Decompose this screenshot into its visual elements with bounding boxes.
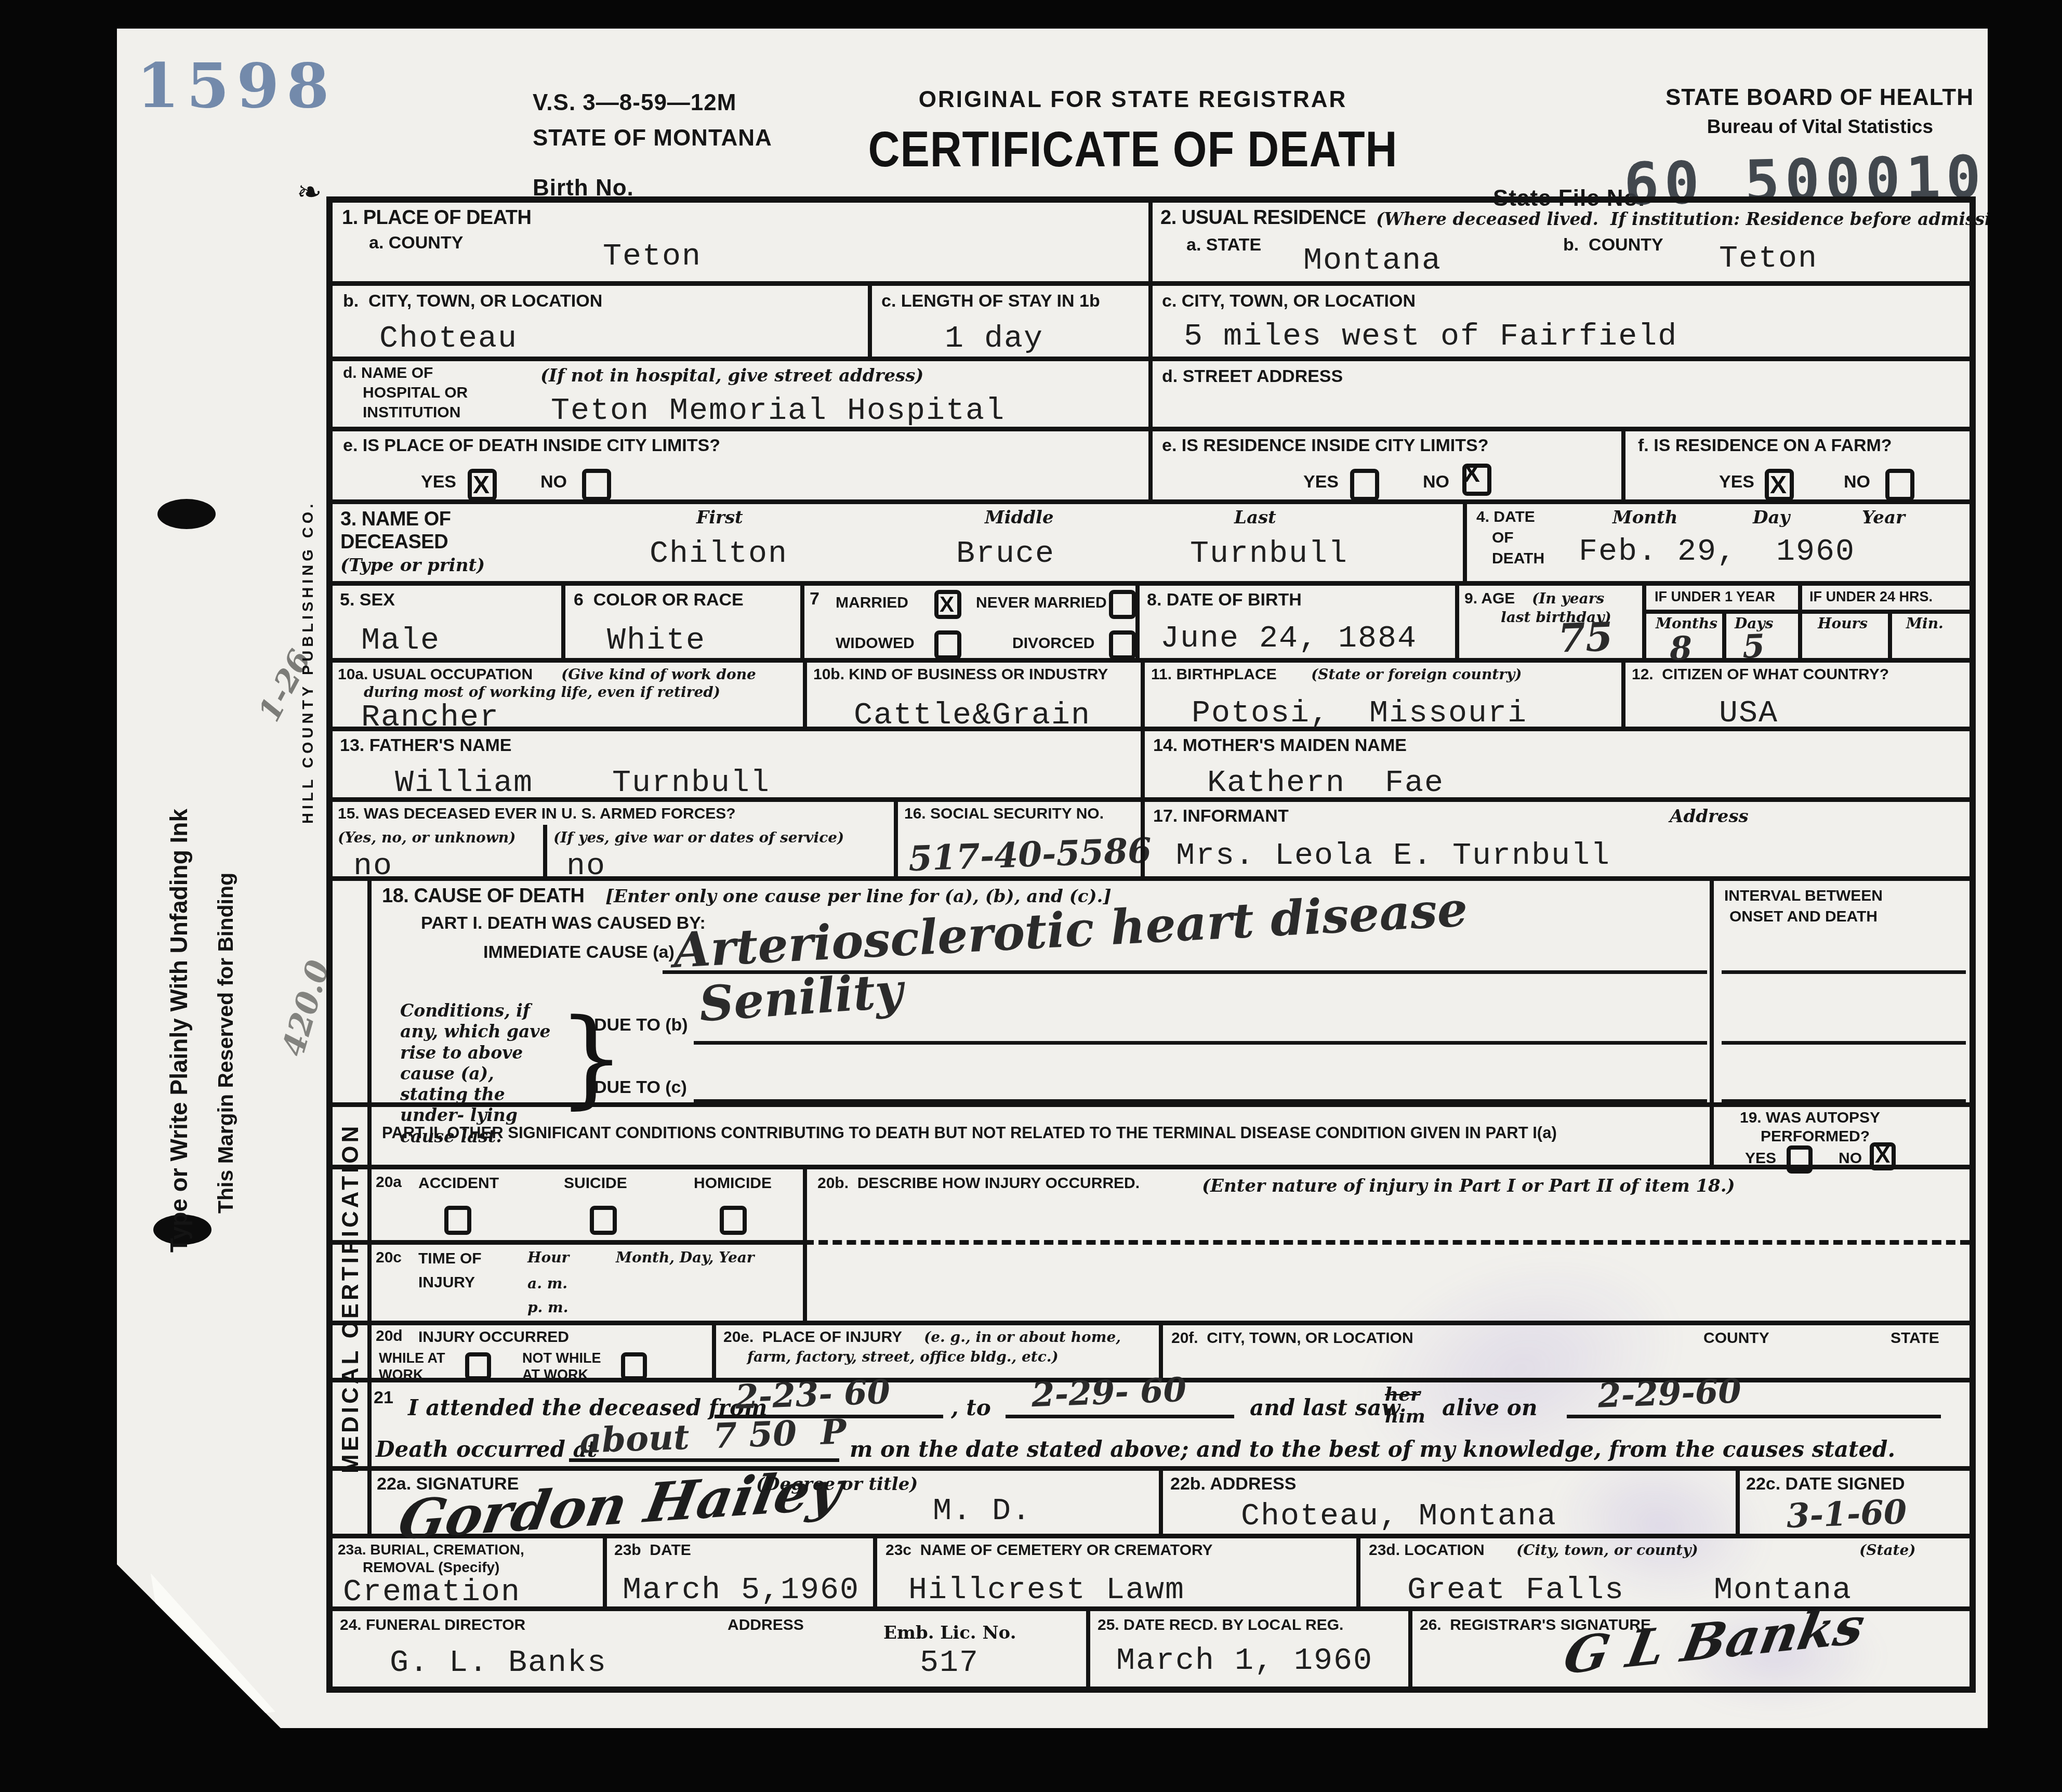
residence-city-value[interactable]: 5 miles west of Fairfield bbox=[1184, 319, 1677, 354]
informant-value[interactable]: Mrs. Leola E. Turnbull bbox=[1176, 838, 1610, 874]
year-col-label: Year bbox=[1862, 507, 1905, 528]
residence-city-label: c. CITY, TOWN, OR LOCATION bbox=[1162, 291, 1416, 311]
hospital-value[interactable]: Teton Memorial Hospital bbox=[551, 393, 1005, 429]
sex-value[interactable]: Male bbox=[361, 623, 440, 658]
place-limits-yes-checkbox[interactable]: X bbox=[468, 469, 497, 501]
informant-label: 17. INFORMANT bbox=[1153, 806, 1289, 826]
immediate-cause-label: IMMEDIATE CAUSE (a) bbox=[483, 942, 675, 963]
while-at-label: WHILE AT bbox=[379, 1350, 445, 1366]
date-signed-label: 22c. DATE SIGNED bbox=[1746, 1474, 1905, 1494]
time-injury-label-1: TIME OF bbox=[418, 1250, 482, 1268]
armed-forces-value-2[interactable]: no bbox=[566, 849, 606, 884]
location-label: 23d. LOCATION bbox=[1369, 1541, 1485, 1559]
funeral-address-label: ADDRESS bbox=[728, 1616, 804, 1634]
residence-limits-no-checkbox[interactable]: X bbox=[1462, 464, 1491, 496]
min-label: Min. bbox=[1906, 615, 1944, 632]
last-name-value[interactable]: Turnbull bbox=[1190, 536, 1348, 572]
middle-col-label: Middle bbox=[985, 507, 1054, 528]
bureau-name: Bureau of Vital Statistics bbox=[1666, 116, 1933, 138]
address-label: 22b. ADDRESS bbox=[1170, 1474, 1296, 1494]
occupation-value[interactable]: Rancher bbox=[361, 700, 499, 735]
birthplace-hint: (State or foreign country) bbox=[1311, 666, 1522, 683]
occupation-hint-1: (Give kind of work done bbox=[561, 666, 756, 683]
date-of-death-label-3: DEATH bbox=[1492, 550, 1544, 568]
homicide-label: HOMICIDE bbox=[694, 1175, 772, 1192]
location-state-hint: (State) bbox=[1859, 1541, 1916, 1559]
time-injury-empty-cell bbox=[803, 1245, 1970, 1321]
x-mark: X bbox=[1463, 459, 1480, 488]
yes-label: YES bbox=[1719, 472, 1754, 492]
time-injury-num: 20c bbox=[376, 1249, 402, 1267]
x-mark: X bbox=[940, 592, 954, 617]
usual-residence-hint: (Where deceased lived. If institution: R… bbox=[1376, 209, 2023, 229]
farm-no-checkbox[interactable] bbox=[1885, 469, 1914, 501]
county-label: a. COUNTY bbox=[369, 233, 463, 253]
autopsy-label-2: PERFORMED? bbox=[1761, 1128, 1870, 1145]
yes-label: YES bbox=[1745, 1150, 1776, 1167]
mdy-label: Month, Day, Year bbox=[616, 1249, 755, 1266]
never-married-label: NEVER MARRIED bbox=[976, 594, 1107, 612]
city-value[interactable]: Choteau bbox=[379, 321, 518, 357]
cemetery-label: 23c NAME OF CEMETERY OR CREMATORY bbox=[885, 1541, 1213, 1559]
row-sex-age: 5. SEX Male 6 COLOR OR RACE White 7 MARR… bbox=[333, 586, 1970, 663]
name-title-1: 3. NAME OF bbox=[340, 508, 451, 531]
divorced-checkbox[interactable] bbox=[1109, 630, 1136, 660]
at-work-label: AT WORK bbox=[522, 1367, 588, 1383]
row-name: 3. NAME OF DECEASED (Type or print) Firs… bbox=[333, 504, 1970, 586]
row-forces-ssn: 15. WAS DECEASED EVER IN U. S. ARMED FOR… bbox=[333, 802, 1970, 881]
birthplace-value[interactable]: Potosi, Missouri bbox=[1192, 696, 1527, 731]
row-city-town: b. CITY, TOWN, OR LOCATION Choteau c. LE… bbox=[333, 286, 1970, 361]
him-word: him bbox=[1385, 1405, 1425, 1427]
x-mark: X bbox=[1770, 471, 1787, 499]
row-burial: 23a. BURIAL, CREMATION, REMOVAL (Specify… bbox=[333, 1538, 1970, 1611]
business-value[interactable]: Cattle&Grain bbox=[854, 698, 1091, 733]
burial-label-2: REMOVAL (Specify) bbox=[363, 1559, 499, 1576]
burial-value[interactable]: Cremation bbox=[343, 1575, 521, 1610]
her-strike: her bbox=[1385, 1383, 1420, 1405]
state-name: STATE OF MONTANA bbox=[533, 125, 772, 151]
place-limits-no-checkbox[interactable] bbox=[582, 469, 611, 501]
printer-ornament-icon: ❧ bbox=[297, 174, 322, 209]
city-label: b. CITY, TOWN, OR LOCATION bbox=[343, 291, 602, 311]
alive-line[interactable] bbox=[1567, 1415, 1941, 1418]
age-hint-1: (In years bbox=[1532, 590, 1604, 607]
accident-label: ACCIDENT bbox=[418, 1175, 499, 1192]
widowed-label: WIDOWED bbox=[836, 635, 915, 652]
attended-text-4: alive on bbox=[1442, 1395, 1537, 1420]
location-hint: (City, town, or county) bbox=[1516, 1541, 1698, 1559]
occupation-label: 10a. USUAL OCCUPATION bbox=[338, 666, 533, 683]
address-value[interactable]: Choteau, Montana bbox=[1241, 1499, 1557, 1534]
accident-checkbox[interactable] bbox=[444, 1206, 471, 1235]
burial-date-label: 23b DATE bbox=[614, 1541, 691, 1559]
citizen-label: 12. CITIZEN OF WHAT COUNTRY? bbox=[1632, 666, 1889, 683]
due-to-b-label: DUE TO (b) bbox=[594, 1015, 688, 1035]
injury-occurred-num: 20d bbox=[376, 1327, 403, 1345]
burial-label-1: 23a. BURIAL, CREMATION, bbox=[338, 1541, 524, 1558]
first-col-label: First bbox=[696, 507, 743, 528]
place-of-injury-label: 20e. PLACE OF INJURY bbox=[723, 1328, 902, 1346]
middle-name-value[interactable]: Bruce bbox=[956, 536, 1055, 572]
no-label: NO bbox=[1423, 472, 1449, 492]
due-to-c-label: DUE TO (c) bbox=[594, 1077, 687, 1098]
county-value[interactable]: Teton bbox=[603, 239, 702, 274]
homicide-checkbox[interactable] bbox=[720, 1206, 747, 1235]
am-label: a. m. bbox=[527, 1275, 567, 1292]
under-24-label: IF UNDER 24 HRS. bbox=[1809, 589, 1933, 605]
attended-num: 21 bbox=[374, 1388, 393, 1408]
describe-injury-label: 20b. DESCRIBE HOW INJURY OCCURRED. bbox=[817, 1175, 1140, 1192]
ssn-value[interactable]: 517-40-5586 bbox=[908, 830, 1153, 879]
binding-instruction: Type or Write Plainly With Unfading Ink bbox=[165, 541, 193, 1253]
name-hint: (Type or print) bbox=[340, 555, 485, 576]
autopsy-no-checkbox[interactable]: X bbox=[1870, 1142, 1896, 1170]
physician-signature[interactable]: Gordon Hailey bbox=[394, 1458, 848, 1552]
punch-hole-top bbox=[157, 499, 216, 529]
board-name: STATE BOARD OF HEALTH bbox=[1666, 85, 1933, 111]
first-name-value[interactable]: Chilton bbox=[650, 536, 788, 572]
to-line[interactable] bbox=[1006, 1415, 1234, 1418]
age-label: 9. AGE bbox=[1464, 590, 1515, 608]
residence-county-label: b. COUNTY bbox=[1563, 235, 1663, 255]
usual-residence-title: 2. USUAL RESIDENCE bbox=[1160, 207, 1366, 229]
hospital-label-2: HOSPITAL OR bbox=[363, 384, 468, 402]
length-of-stay-value[interactable]: 1 day bbox=[945, 321, 1043, 357]
location-city-value[interactable]: Great Falls bbox=[1407, 1573, 1624, 1608]
interval-label-2: ONSET AND DEATH bbox=[1729, 908, 1878, 926]
cemetery-value[interactable]: Hillcrest Lawm bbox=[908, 1573, 1185, 1608]
occupation-hint-2: during most of working life, even if ret… bbox=[364, 683, 720, 701]
father-label: 13. FATHER'S NAME bbox=[340, 735, 512, 756]
farm-yes-checkbox[interactable]: X bbox=[1765, 469, 1794, 501]
certificate-paper: 1598 Type or Write Plainly With Unfading… bbox=[117, 29, 1988, 1728]
dashed-rule bbox=[804, 1240, 1970, 1245]
row-funeral-registrar: 24. FUNERAL DIRECTOR ADDRESS Emb. Lic. N… bbox=[333, 1611, 1970, 1686]
yes-label: YES bbox=[421, 472, 456, 492]
date-of-death-value[interactable]: Feb. 29, 1960 bbox=[1579, 534, 1855, 570]
scanned-death-certificate: { "glyphs": {"x": "X", "yes": "YES", "no… bbox=[0, 0, 2062, 1792]
father-value[interactable]: William Turnbull bbox=[395, 766, 770, 801]
describe-injury-hint: (Enter nature of injury in Part I or Par… bbox=[1202, 1176, 1735, 1196]
street-address-label: d. STREET ADDRESS bbox=[1162, 366, 1343, 387]
injury-state-label: STATE bbox=[1891, 1329, 1939, 1347]
attended-to-date[interactable]: 2-29- 60 bbox=[1031, 1371, 1187, 1415]
cause-title: 18. CAUSE OF DEATH bbox=[382, 885, 584, 907]
place-limits-label: e. IS PLACE OF DEATH INSIDE CITY LIMITS? bbox=[343, 436, 720, 456]
informant-address-label: Address bbox=[1670, 806, 1749, 827]
residence-limits-yes-checkbox[interactable] bbox=[1350, 469, 1379, 501]
place-of-death-title: 1. PLACE OF DEATH bbox=[342, 207, 532, 229]
no-label: NO bbox=[540, 472, 567, 492]
row-cause-of-death: 18. CAUSE OF DEATH [Enter only one cause… bbox=[333, 881, 1970, 1107]
widowed-checkbox[interactable] bbox=[934, 630, 961, 660]
citizen-value[interactable]: USA bbox=[1719, 696, 1778, 731]
row-occupation: 10a. USUAL OCCUPATION (Give kind of work… bbox=[333, 663, 1970, 731]
no-label: NO bbox=[1839, 1150, 1862, 1167]
row-part2-autopsy: PART II. OTHER SIGNIFICANT CONDITIONS CO… bbox=[333, 1107, 1970, 1169]
row-accident: 20a ACCIDENT SUICIDE HOMICIDE 20b. DESCR… bbox=[333, 1169, 1970, 1245]
x-mark: X bbox=[1875, 1142, 1890, 1168]
hospital-label-1: d. NAME OF bbox=[343, 364, 433, 382]
page-title: CERTIFICATE OF DEATH bbox=[847, 121, 1419, 178]
marital-num: 7 bbox=[810, 589, 819, 609]
mother-value[interactable]: Kathern Fae bbox=[1207, 766, 1444, 801]
row-attended: 21 I attended the deceased from 2-23- 60… bbox=[333, 1382, 1970, 1471]
accident-num: 20a bbox=[376, 1174, 402, 1191]
injury-county-label: COUNTY bbox=[1703, 1329, 1769, 1347]
business-label: 10b. KIND OF BUSINESS OR INDUSTRY bbox=[813, 666, 1108, 683]
date-received-label: 25. DATE RECD. BY LOCAL REG. bbox=[1098, 1616, 1343, 1634]
emb-lic-label: Emb. Lic. No. bbox=[883, 1623, 1016, 1643]
degree-value[interactable]: M. D. bbox=[933, 1494, 1032, 1529]
date-of-death-label-2: OF bbox=[1492, 529, 1514, 547]
attended-text-2: , to bbox=[951, 1395, 991, 1420]
work-label: WORK bbox=[379, 1367, 423, 1383]
armed-forces-value-1[interactable]: no bbox=[353, 849, 393, 884]
married-label: MARRIED bbox=[836, 594, 908, 612]
days-value[interactable]: 5 bbox=[1742, 627, 1766, 665]
residence-county-value[interactable]: Teton bbox=[1719, 241, 1818, 276]
suicide-label: SUICIDE bbox=[564, 1175, 627, 1192]
dob-label: 8. DATE OF BIRTH bbox=[1147, 590, 1302, 610]
length-of-stay-label: c. LENGTH OF STAY IN 1b bbox=[881, 291, 1100, 311]
row-place-residence: 1. PLACE OF DEATH a. COUNTY Teton 2. USU… bbox=[333, 203, 1970, 286]
solid-rule bbox=[333, 1240, 804, 1245]
attended-from-date[interactable]: 2-23- 60 bbox=[735, 1373, 891, 1417]
attended-text-3: and last saw bbox=[1250, 1395, 1400, 1420]
injury-city-label: 20f. CITY, TOWN, OR LOCATION bbox=[1171, 1329, 1413, 1347]
hospital-hint: (If not in hospital, give street address… bbox=[540, 365, 923, 386]
sex-label: 5. SEX bbox=[340, 590, 395, 610]
dob-value[interactable]: June 24, 1884 bbox=[1160, 621, 1417, 656]
row-time-of-injury: 20c TIME OF INJURY Hour a. m. p. m. Mont… bbox=[333, 1245, 1970, 1325]
armed-forces-label: 15. WAS DECEASED EVER IN U. S. ARMED FOR… bbox=[338, 805, 736, 823]
armed-forces-hint-1: (Yes, no, or unknown) bbox=[338, 829, 515, 846]
death-occurred-text-2: m on the date stated above; and to the b… bbox=[850, 1437, 1895, 1462]
publisher-imprint: HILL COUNTY PUBLISHING CO. bbox=[300, 210, 317, 824]
time-injury-label-2: INJURY bbox=[418, 1274, 475, 1292]
interval-label-1: INTERVAL BETWEEN bbox=[1724, 887, 1883, 905]
farm-label: f. IS RESIDENCE ON A FARM? bbox=[1638, 436, 1892, 456]
race-label: 6 COLOR OR RACE bbox=[574, 590, 744, 610]
yes-label: YES bbox=[1303, 472, 1339, 492]
place-of-injury-hint-2: farm, factory, street, office bldg., etc… bbox=[747, 1348, 1059, 1365]
last-saw-date[interactable]: 2-29-60 bbox=[1597, 1372, 1742, 1416]
hour-label: Hour bbox=[527, 1249, 569, 1266]
date-received-value[interactable]: March 1, 1960 bbox=[1116, 1643, 1373, 1679]
sheet-number-stamp: 1598 bbox=[137, 49, 336, 122]
age-value[interactable]: 75 bbox=[1557, 613, 1614, 662]
part1-label: PART I. DEATH WAS CAUSED BY: bbox=[421, 913, 706, 933]
residence-limits-label: e. IS RESIDENCE INSIDE CITY LIMITS? bbox=[1162, 436, 1488, 456]
married-checkbox[interactable]: X bbox=[934, 590, 961, 619]
row-signature: 22a. SIGNATURE Gordon Hailey (Degree or … bbox=[333, 1471, 1970, 1538]
pm-label: p. m. bbox=[527, 1299, 568, 1316]
burial-date-value[interactable]: March 5,1960 bbox=[623, 1573, 860, 1608]
month-col-label: Month bbox=[1612, 507, 1677, 528]
corner-fold bbox=[146, 1573, 275, 1724]
under-1-year-label: IF UNDER 1 YEAR bbox=[1655, 589, 1775, 605]
state-value[interactable]: Montana bbox=[1303, 243, 1442, 279]
injury-occurred-label: INJURY OCCURRED bbox=[418, 1328, 569, 1346]
emb-lic-value[interactable]: 517 bbox=[920, 1645, 979, 1681]
autopsy-label-1: 19. WAS AUTOPSY bbox=[1740, 1109, 1880, 1127]
never-married-checkbox[interactable] bbox=[1109, 590, 1136, 619]
state-label: a. STATE bbox=[1186, 235, 1261, 255]
original-for: ORIGINAL FOR STATE REGISTRAR bbox=[899, 87, 1367, 113]
x-mark: X bbox=[473, 471, 490, 499]
no-label: NO bbox=[1844, 472, 1870, 492]
cause-c-line[interactable] bbox=[694, 1099, 1707, 1103]
day-col-label: Day bbox=[1753, 507, 1790, 528]
hospital-label-3: INSTITUTION bbox=[363, 404, 460, 421]
row-parents: 13. FATHER'S NAME William Turnbull 14. M… bbox=[333, 731, 1970, 802]
divorced-label: DIVORCED bbox=[1012, 635, 1094, 652]
funeral-director-value[interactable]: G. L. Banks bbox=[390, 1645, 607, 1681]
form-code: V.S. 3—8-59—12M bbox=[533, 90, 736, 116]
not-while-at-work-checkbox[interactable] bbox=[621, 1352, 647, 1380]
while-at-work-checkbox[interactable] bbox=[465, 1352, 491, 1380]
name-title-2: DECEASED bbox=[340, 531, 448, 554]
row-hospital: d. NAME OF HOSPITAL OR INSTITUTION (If n… bbox=[333, 361, 1970, 431]
mother-label: 14. MOTHER'S MAIDEN NAME bbox=[1153, 735, 1407, 756]
funeral-director-label: 24. FUNERAL DIRECTOR bbox=[340, 1616, 525, 1634]
part2-label: PART II. OTHER SIGNIFICANT CONDITIONS CO… bbox=[382, 1124, 1557, 1142]
not-while-label: NOT WHILE bbox=[522, 1350, 601, 1366]
cause-b-line[interactable] bbox=[694, 1041, 1707, 1045]
place-of-injury-hint-1: (e. g., in or about home, bbox=[924, 1328, 1121, 1346]
date-signed-value[interactable]: 3-1-60 bbox=[1786, 1493, 1908, 1536]
death-time-value[interactable]: about 7 50 P bbox=[579, 1411, 847, 1461]
death-occurred-text: Death occurred at bbox=[376, 1437, 597, 1462]
date-of-death-label-1: 4. DATE bbox=[1476, 508, 1535, 526]
birthplace-label: 11. BIRTHPLACE bbox=[1151, 666, 1277, 683]
ssn-label: 16. SOCIAL SECURITY NO. bbox=[904, 805, 1104, 823]
row-city-limits: e. IS PLACE OF DEATH INSIDE CITY LIMITS?… bbox=[333, 431, 1970, 504]
binding-reserved: This Margin Reserved for Binding bbox=[214, 595, 238, 1214]
armed-forces-hint-2: (If yes, give war or dates of service) bbox=[553, 829, 844, 846]
months-value[interactable]: 8 bbox=[1669, 629, 1693, 667]
degree-label: (Degree or title) bbox=[756, 1474, 918, 1495]
hours-label: Hours bbox=[1818, 615, 1868, 632]
race-value[interactable]: White bbox=[607, 623, 706, 658]
suicide-checkbox[interactable] bbox=[590, 1206, 617, 1235]
last-col-label: Last bbox=[1234, 507, 1276, 528]
